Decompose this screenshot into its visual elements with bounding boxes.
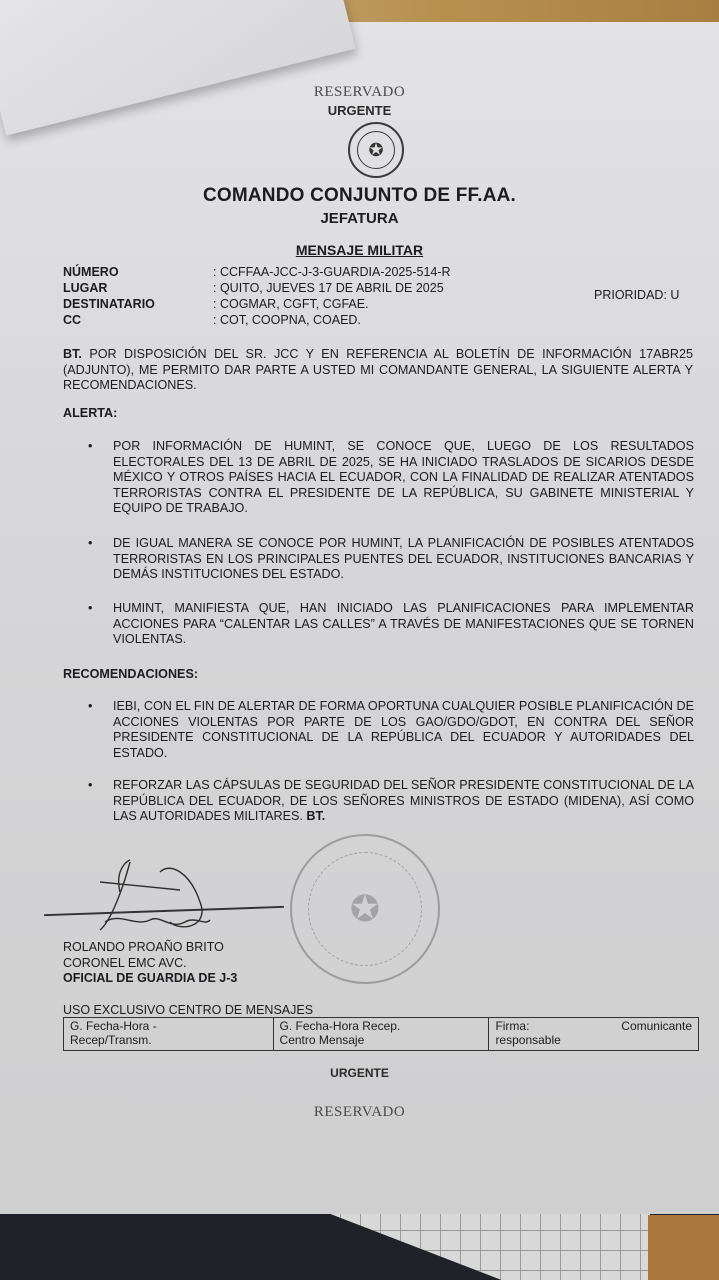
message-title: MENSAJE MILITAR — [0, 242, 719, 258]
seal-emblem-icon: ✪ — [308, 852, 422, 966]
alert-heading: ALERTA: — [63, 406, 117, 420]
signature-block: ROLANDO PROAÑO BRITO CORONEL EMC AVC. OF… — [63, 940, 237, 987]
message-center-table: G. Fecha-Hora - Recep/Transm. G. Fecha-H… — [63, 1017, 699, 1051]
firma-label: Firma: — [495, 1019, 529, 1033]
bullet-icon: • — [88, 601, 113, 648]
header-label: LUGAR — [63, 280, 213, 296]
document-page: RESERVADO URGENTE ✪ COMANDO CONJUNTO DE … — [0, 22, 719, 1214]
recommendation-item-text: REFORZAR LAS CÁPSULAS DE SEGURIDAD DEL S… — [113, 778, 694, 825]
header-value: : QUITO, JUEVES 17 DE ABRIL DE 2025 — [213, 280, 573, 296]
message-center-heading: USO EXCLUSIVO CENTRO DE MENSAJES — [63, 1003, 313, 1017]
datetime-transmission-cell: G. Fecha-Hora - Recep/Transm. — [64, 1018, 274, 1051]
cell-line: Centro Mensaje — [280, 1033, 483, 1047]
comunicante-label: Comunicante — [621, 1019, 692, 1033]
signer-rank: CORONEL EMC AVC. — [63, 956, 237, 972]
alert-item: • DE IGUAL MANERA SE CONOCE POR HUMINT, … — [88, 536, 694, 583]
handwritten-signature-icon — [60, 852, 230, 942]
datetime-reception-cell: G. Fecha-Hora Recep. Centro Mensaje — [273, 1018, 489, 1051]
alert-item-text: POR INFORMACIÓN DE HUMINT, SE CONOCE QUE… — [113, 439, 694, 517]
alert-item-text: HUMINT, MANIFIESTA QUE, HAN INICIADO LAS… — [113, 601, 694, 648]
classification-bottom: RESERVADO — [0, 1104, 719, 1121]
cell-line: Recep/Transm. — [70, 1033, 267, 1047]
intro-paragraph: BT. POR DISPOSICIÓN DEL SR. JCC Y EN REF… — [63, 347, 693, 394]
alert-item: • POR INFORMACIÓN DE HUMINT, SE CONOCE Q… — [88, 439, 694, 517]
bullet-icon: • — [88, 699, 113, 761]
signature-cell: Firma: Comunicante responsable — [489, 1018, 699, 1051]
header-label: CC — [63, 312, 213, 328]
alert-item: • HUMINT, MANIFIESTA QUE, HAN INICIADO L… — [88, 601, 694, 648]
bt-prefix: BT. — [63, 347, 82, 361]
signer-name: ROLANDO PROAÑO BRITO — [63, 940, 237, 956]
header-label: NÚMERO — [63, 264, 213, 280]
message-header: NÚMERO : CCFFAA-JCC-J-3-GUARDIA-2025-514… — [63, 264, 573, 328]
signer-position: OFICIAL DE GUARDIA DE J-3 — [63, 971, 237, 987]
armed-forces-emblem-icon: ✪ — [348, 122, 404, 178]
eagle-icon: ✪ — [357, 131, 395, 169]
urgency-bottom: URGENTE — [0, 1066, 719, 1080]
header-row-cc: CC : COT, COOPNA, COAED. — [63, 312, 573, 328]
priority-label: PRIORIDAD: U — [594, 288, 679, 302]
intro-text: POR DISPOSICIÓN DEL SR. JCC Y EN REFEREN… — [63, 347, 693, 392]
official-seal-icon: ✪ — [290, 834, 440, 984]
header-value: : COGMAR, CGFT, CGFAE. — [213, 296, 573, 312]
recommendation-item: • REFORZAR LAS CÁPSULAS DE SEGURIDAD DEL… — [88, 778, 694, 825]
cell-line: Firma: Comunicante — [495, 1019, 692, 1033]
bt-closing: BT. — [303, 809, 325, 823]
alert-item-text: DE IGUAL MANERA SE CONOCE POR HUMINT, LA… — [113, 536, 694, 583]
header-row-destinatario: DESTINATARIO : COGMAR, CGFT, CGFAE. — [63, 296, 573, 312]
header-row-numero: NÚMERO : CCFFAA-JCC-J-3-GUARDIA-2025-514… — [63, 264, 573, 280]
header-value: : CCFFAA-JCC-J-3-GUARDIA-2025-514-R — [213, 264, 573, 280]
cell-line: G. Fecha-Hora Recep. — [280, 1019, 483, 1033]
bullet-icon: • — [88, 778, 113, 825]
desk-corner — [648, 1215, 719, 1280]
organization-title: COMANDO CONJUNTO DE FF.AA. — [0, 185, 719, 207]
header-label: DESTINATARIO — [63, 296, 213, 312]
recommendations-heading: RECOMENDACIONES: — [63, 667, 198, 681]
table-row: G. Fecha-Hora - Recep/Transm. G. Fecha-H… — [64, 1018, 699, 1051]
office-subtitle: JEFATURA — [0, 210, 719, 227]
bullet-icon: • — [88, 536, 113, 583]
header-row-lugar: LUGAR : QUITO, JUEVES 17 DE ABRIL DE 202… — [63, 280, 573, 296]
cell-line: G. Fecha-Hora - — [70, 1019, 267, 1033]
recommendation-item: • IEBI, CON EL FIN DE ALERTAR DE FORMA O… — [88, 699, 694, 761]
bullet-icon: • — [88, 439, 113, 517]
recommendation-text: REFORZAR LAS CÁPSULAS DE SEGURIDAD DEL S… — [113, 778, 694, 823]
recommendation-item-text: IEBI, CON EL FIN DE ALERTAR DE FORMA OPO… — [113, 699, 694, 761]
header-value: : COT, COOPNA, COAED. — [213, 312, 573, 328]
cell-line: responsable — [495, 1033, 692, 1047]
